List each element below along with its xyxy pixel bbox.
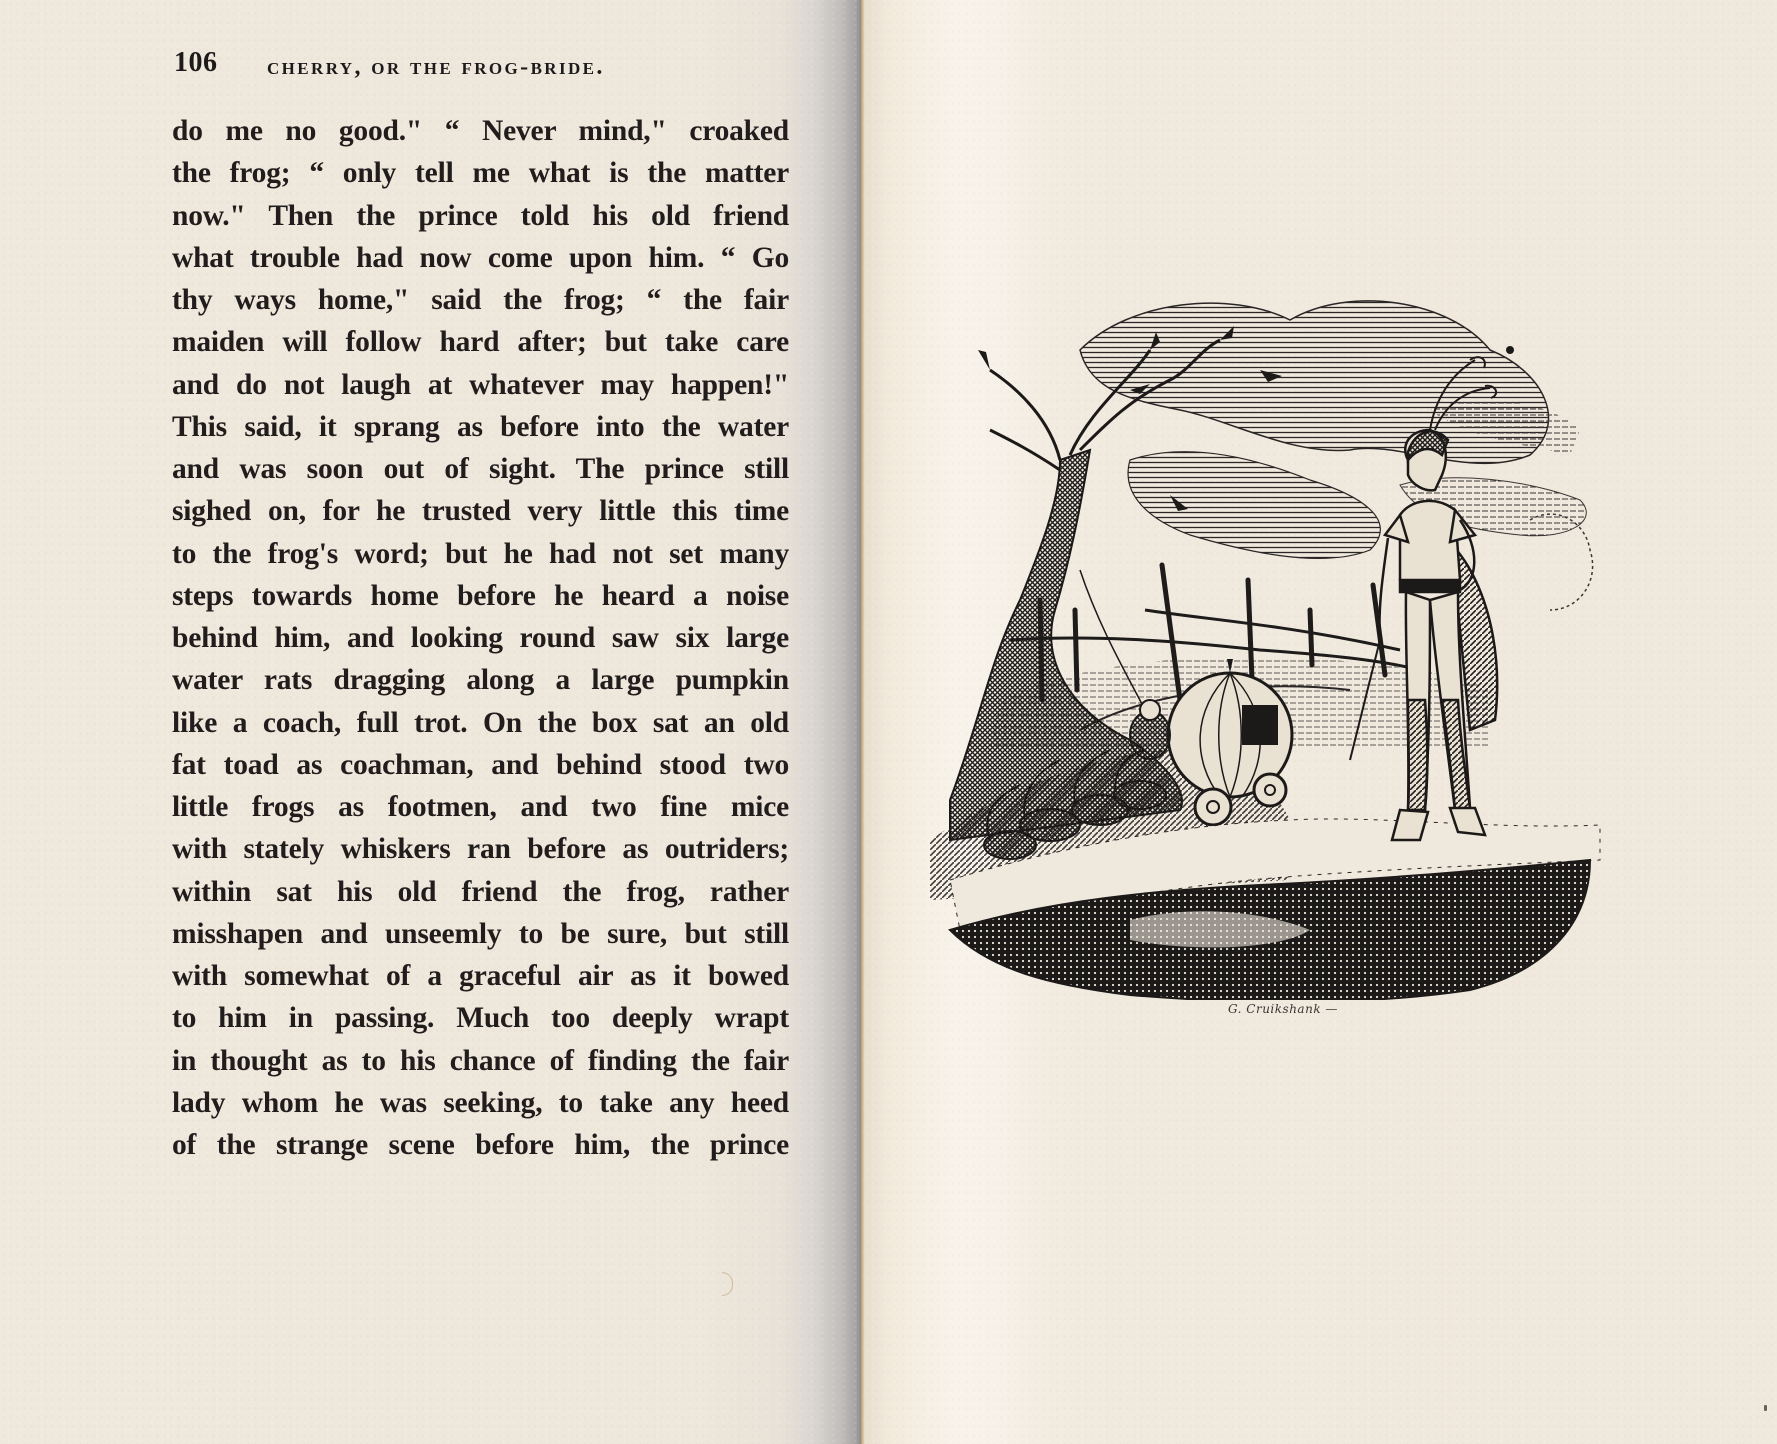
text-line: maiden will follow hard after; but take … — [172, 321, 789, 363]
text-line: with stately whiskers ran before as outr… — [172, 828, 789, 870]
body-text: do me no good." “ Never mind," croaked t… — [172, 110, 789, 1166]
text-line: thy ways home," said the frog; “ the fai… — [172, 279, 789, 321]
text-line: sighed on, for he trusted very little th… — [172, 490, 789, 532]
text-line: This said, it sprang as before into the … — [172, 406, 789, 448]
running-head: 106 CHERRY, OR THE FROG-BRIDE. — [174, 47, 714, 81]
paper-speck — [1764, 1405, 1767, 1411]
artist-signature: G. Cruikshank — — [1228, 1002, 1338, 1016]
left-page: 106 CHERRY, OR THE FROG-BRIDE. do me no … — [0, 0, 862, 1444]
text-line: what trouble had now come upon him. “ Go — [172, 237, 789, 279]
text-line: water rats dragging along a large pumpki… — [172, 659, 789, 701]
text-line: like a coach, full trot. On the box sat … — [172, 702, 789, 744]
text-line: lady whom he was seeking, to take any he… — [172, 1082, 789, 1124]
text-line: misshapen and unseemly to be sure, but s… — [172, 913, 789, 955]
text-line: and do not laugh at whatever may happen!… — [172, 364, 789, 406]
text-line: little frogs as footmen, and two fine mi… — [172, 786, 789, 828]
engraving-image — [930, 280, 1610, 1000]
text-line: to him in passing. Much too deeply wrapt — [172, 997, 789, 1039]
text-line: with somewhat of a graceful air as it bo… — [172, 955, 789, 997]
text-line: steps towards home before he heard a noi… — [172, 575, 789, 617]
text-line: to the frog's word; but he had not set m… — [172, 533, 789, 575]
illustration-plate — [930, 280, 1610, 1000]
text-line: behind him, and looking round saw six la… — [172, 617, 789, 659]
text-line: do me no good." “ Never mind," croaked — [172, 110, 789, 152]
text-line: of the strange scene before him, the pri… — [172, 1124, 789, 1166]
text-line: now." Then the prince told his old frien… — [172, 195, 789, 237]
text-line: fat toad as coachman, and behind stood t… — [172, 744, 789, 786]
text-line: in thought as to his chance of finding t… — [172, 1040, 789, 1082]
page-number: 106 — [174, 47, 218, 79]
paper-stain — [722, 1272, 733, 1296]
text-line: the frog; “ only tell me what is the mat… — [172, 152, 789, 194]
text-line: and was soon out of sight. The prince st… — [172, 448, 789, 490]
text-line: within sat his old friend the frog, rath… — [172, 871, 789, 913]
running-title: CHERRY, OR THE FROG-BRIDE. — [267, 54, 605, 81]
book-spread: 106 CHERRY, OR THE FROG-BRIDE. do me no … — [0, 0, 1777, 1444]
